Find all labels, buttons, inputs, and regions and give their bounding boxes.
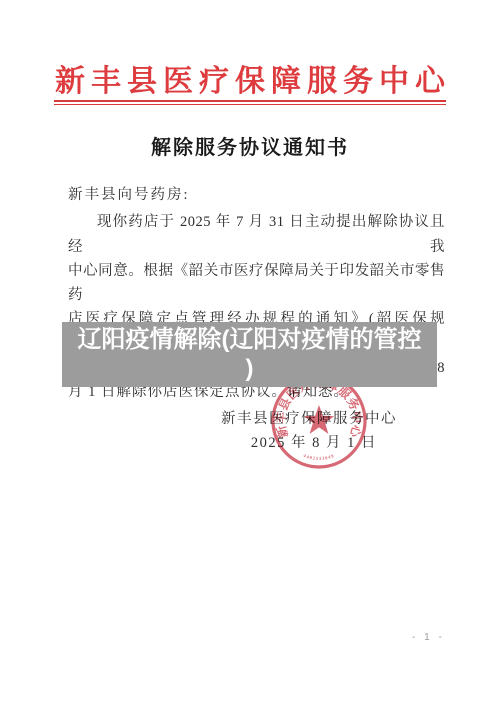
svg-text:4402533049: 4402533049 <box>303 453 335 461</box>
watermark-text-line2: ) <box>62 354 437 383</box>
seal-star-icon <box>304 405 334 434</box>
page-number: - 1 - <box>412 632 445 643</box>
document-title: 解除服务协议通知书 <box>0 131 500 160</box>
letterhead-title: 新丰县医疗保障服务中心 <box>0 56 500 100</box>
salutation-line: 新丰县向号药房: <box>68 183 445 207</box>
seal-code-text: 4402533049 <box>303 453 335 461</box>
letterhead-divider <box>54 100 446 105</box>
watermark-overlay-band: 辽阳疫情解除(辽阳对疫情的管控 ) <box>62 322 437 387</box>
body-line: 中心同意。根据《韶关市医疗保障局关于印发韶关市零售药 <box>68 259 445 308</box>
notice-document: 新丰县医疗保障服务中心 解除服务协议通知书 新丰县向号药房: 现你药店于 202… <box>0 0 500 707</box>
watermark-text-line1: 辽阳疫情解除(辽阳对疫情的管控 <box>62 325 437 354</box>
body-line: 现你药店于 2025 年 7 月 31 日主动提出解除协议且经我 <box>68 210 445 259</box>
